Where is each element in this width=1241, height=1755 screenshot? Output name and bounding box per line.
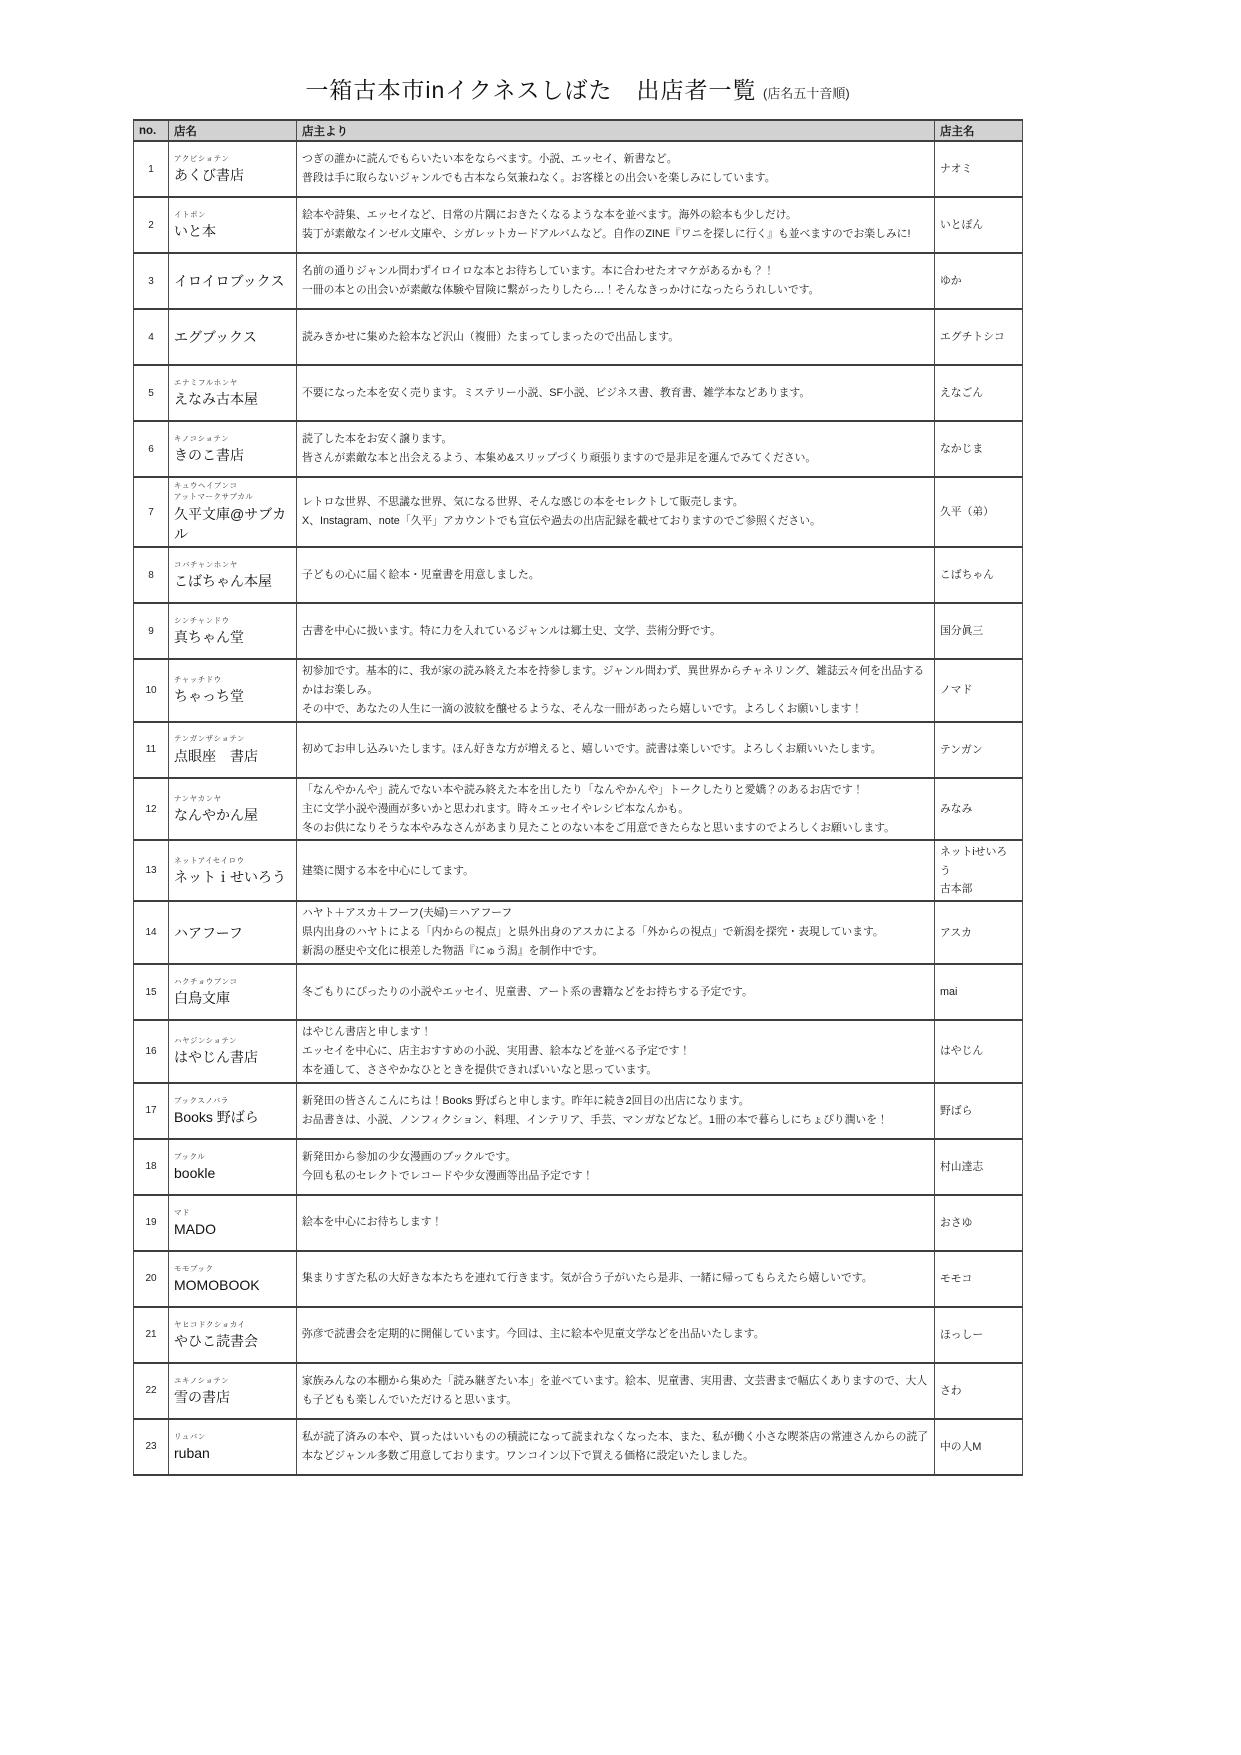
shop-name-cell: ハクチョウブンコ 白鳥文庫	[169, 964, 297, 1020]
table-row: 19 マド MADO 絵本を中心にお待ちします！ おさゆ	[134, 1195, 1023, 1251]
shop-name: 白鳥文庫	[174, 988, 291, 1008]
owner-name: 村山達志	[935, 1139, 1023, 1195]
owner-comment: 古書を中心に扱います。特に力を入れているジャンルは郷土史、文学、芸術分野です。	[297, 603, 935, 659]
shop-name-cell: エナミフルホンヤ えなみ古本屋	[169, 365, 297, 421]
owner-name: おさゆ	[935, 1195, 1023, 1251]
table-row: 17 ブックスノバラ Books 野ばら 新発田の皆さんこんにちは！Books …	[134, 1083, 1023, 1139]
shop-name-cell: ネットアイセイロウ ネットｉせいろう	[169, 840, 297, 901]
row-number: 14	[134, 901, 169, 964]
owner-comment: 読みきかせに集めた絵本など沢山（複冊）たまってしまったので出品します。	[297, 309, 935, 365]
row-number: 15	[134, 964, 169, 1020]
owner-comment: 弥彦で読書会を定期的に開催しています。今回は、主に絵本や児童文学などを出品いたし…	[297, 1307, 935, 1363]
page-title: 一箱古本市inイクネスしばた 出店者一覧 (店名五十音順)	[133, 0, 1022, 105]
owner-comment: 名前の通りジャンル問わずイロイロな本とお待ちしています。本に合わせたオマケがある…	[297, 253, 935, 309]
owner-name: 野ばら	[935, 1083, 1023, 1139]
owner-name: ネットiせいろう古本部	[935, 840, 1023, 901]
shop-name-kana: テンガンザショテン	[174, 733, 291, 744]
owner-name: 久平（弟）	[935, 477, 1023, 547]
table-row: 2 イトポン いと本 絵本や詩集、エッセイなど、日常の片隅におきたくなるような本…	[134, 197, 1023, 253]
table-row: 3 イロイロブックス 名前の通りジャンル問わずイロイロな本とお待ちしています。本…	[134, 253, 1023, 309]
owner-name: mai	[935, 964, 1023, 1020]
shop-name-cell: リュバン ruban	[169, 1419, 297, 1475]
shop-name-cell: キノコショテン きのこ書店	[169, 421, 297, 477]
owner-comment: ハヤト＋アスカ＋フーフ(夫婦)＝ハアフーフ県内出身のハヤトによる「内からの視点」…	[297, 901, 935, 964]
row-number: 23	[134, 1419, 169, 1475]
owner-comment: はやじん書店と申します！エッセイを中心に、店主おすすめの小説、実用書、絵本などを…	[297, 1020, 935, 1083]
shop-name-kana: ハクチョウブンコ	[174, 976, 291, 987]
owner-name: いとぽん	[935, 197, 1023, 253]
owner-comment: 新発田から参加の少女漫画のブックルです。今回も私のセレクトでレコードや少女漫画等…	[297, 1139, 935, 1195]
table-row: 7 キュウヘイブンコアットマークサブカル 久平文庫@サブカル レトロな世界、不思…	[134, 477, 1023, 547]
shop-name-kana: モモブック	[174, 1263, 291, 1274]
owner-comment: 絵本を中心にお待ちします！	[297, 1195, 935, 1251]
shop-name-kana: リュバン	[174, 1431, 291, 1442]
shop-name: ruban	[174, 1443, 291, 1463]
shop-name-cell: イロイロブックス	[169, 253, 297, 309]
shop-name: 点眼座 書店	[174, 746, 291, 766]
table-row: 6 キノコショテン きのこ書店 読了した本をお安く譲ります。皆さんが素敵な本と出…	[134, 421, 1023, 477]
shop-name-kana: マド	[174, 1207, 291, 1218]
shop-name-kana: キュウヘイブンコアットマークサブカル	[174, 480, 291, 503]
row-number: 13	[134, 840, 169, 901]
document-page: 一箱古本市inイクネスしばた 出店者一覧 (店名五十音順) no. 店名 店主よ…	[0, 0, 1241, 1755]
owner-comment: 不要になった本を安く売ります。ミステリー小説、SF小説、ビジネス書、教育書、雑学…	[297, 365, 935, 421]
shop-name: Books 野ばら	[174, 1107, 291, 1127]
row-number: 11	[134, 722, 169, 778]
table-row: 23 リュバン ruban 私が読了済みの本や、買ったはいいものの積読になって読…	[134, 1419, 1023, 1475]
owner-comment: 家族みんなの本棚から集めた「読み継ぎたい本」を並べています。絵本、児童書、実用書…	[297, 1363, 935, 1419]
owner-comment: 読了した本をお安く譲ります。皆さんが素敵な本と出会えるよう、本集め&スリップづく…	[297, 421, 935, 477]
owner-name: はやじん	[935, 1020, 1023, 1083]
shop-name-kana: ハヤジンショテン	[174, 1035, 291, 1046]
shop-name-cell: アクビショテン あくび書店	[169, 141, 297, 197]
shop-name: ハアフーフ	[174, 923, 291, 943]
page-title-suffix: (店名五十音順)	[763, 86, 850, 101]
owner-name: エグチトシコ	[935, 309, 1023, 365]
table-row: 18 ブックル bookle 新発田から参加の少女漫画のブックルです。今回も私の…	[134, 1139, 1023, 1195]
shop-name-kana: ヤヒコドクショカイ	[174, 1319, 291, 1330]
shop-name-kana: エナミフルホンヤ	[174, 377, 291, 388]
shop-name-cell: コバチャンホンヤ こばちゃん本屋	[169, 547, 297, 603]
shop-name-cell: ブックル bookle	[169, 1139, 297, 1195]
table-row: 11 テンガンザショテン 点眼座 書店 初めてお申し込みいたします。ほん好きな方…	[134, 722, 1023, 778]
table-row: 22 ユキノショテン 雪の書店 家族みんなの本棚から集めた「読み継ぎたい本」を並…	[134, 1363, 1023, 1419]
vendor-table: no. 店名 店主より 店主名 1 アクビショテン あくび書店 つぎの誰かに読ん…	[133, 119, 1023, 1476]
table-row: 4 エグブックス 読みきかせに集めた絵本など沢山（複冊）たまってしまったので出品…	[134, 309, 1023, 365]
shop-name: ネットｉせいろう	[174, 867, 291, 887]
shop-name-kana: ユキノショテン	[174, 1375, 291, 1386]
shop-name-cell: モモブック MOMOBOOK	[169, 1251, 297, 1307]
shop-name-kana: アクビショテン	[174, 153, 291, 164]
owner-comment: 集まりすぎた私の大好きな本たちを連れて行きます。気が合う子がいたら是非、一緒に帰…	[297, 1251, 935, 1307]
header-owner-comment: 店主より	[297, 120, 935, 141]
table-row: 13 ネットアイセイロウ ネットｉせいろう 建築に関する本を中心にしてます。 ネ…	[134, 840, 1023, 901]
header-row: no. 店名 店主より 店主名	[134, 120, 1023, 141]
owner-comment: 絵本や詩集、エッセイなど、日常の片隅におきたくなるような本を並べます。海外の絵本…	[297, 197, 935, 253]
row-number: 9	[134, 603, 169, 659]
shop-name-cell: シンチャンドウ 真ちゃん堂	[169, 603, 297, 659]
shop-name: いと本	[174, 221, 291, 241]
owner-comment: つぎの誰かに読んでもらいたい本をならべます。小説、エッセイ、新書など。普段は手に…	[297, 141, 935, 197]
header-owner-name: 店主名	[935, 120, 1023, 141]
table-row: 15 ハクチョウブンコ 白鳥文庫 冬ごもりにぴったりの小説やエッセイ、児童書、ア…	[134, 964, 1023, 1020]
row-number: 22	[134, 1363, 169, 1419]
row-number: 3	[134, 253, 169, 309]
shop-name-cell: キュウヘイブンコアットマークサブカル 久平文庫@サブカル	[169, 477, 297, 547]
owner-comment: 私が読了済みの本や、買ったはいいものの積読になって読まれなくなった本、また、私が…	[297, 1419, 935, 1475]
owner-comment: 子どもの心に届く絵本・児童書を用意しました。	[297, 547, 935, 603]
shop-name-cell: エグブックス	[169, 309, 297, 365]
shop-name-cell: マド MADO	[169, 1195, 297, 1251]
owner-comment: 建築に関する本を中心にしてます。	[297, 840, 935, 901]
shop-name-kana: キノコショテン	[174, 433, 291, 444]
shop-name-cell: ハアフーフ	[169, 901, 297, 964]
row-number: 16	[134, 1020, 169, 1083]
owner-comment: 「なんやかんや」読んでない本や読み終えた本を出したり「なんやかんや」トークしたり…	[297, 778, 935, 841]
owner-name: テンガン	[935, 722, 1023, 778]
owner-name: なかじま	[935, 421, 1023, 477]
table-row: 14 ハアフーフ ハヤト＋アスカ＋フーフ(夫婦)＝ハアフーフ県内出身のハヤトによ…	[134, 901, 1023, 964]
row-number: 20	[134, 1251, 169, 1307]
owner-name: こばちゃん	[935, 547, 1023, 603]
shop-name-kana: ブックル	[174, 1151, 291, 1162]
table-row: 1 アクビショテン あくび書店 つぎの誰かに読んでもらいたい本をならべます。小説…	[134, 141, 1023, 197]
shop-name-kana: イトポン	[174, 209, 291, 220]
owner-name: みなみ	[935, 778, 1023, 841]
row-number: 6	[134, 421, 169, 477]
shop-name-kana: ブックスノバラ	[174, 1095, 291, 1106]
shop-name-cell: ユキノショテン 雪の書店	[169, 1363, 297, 1419]
shop-name: はやじん書店	[174, 1047, 291, 1067]
row-number: 1	[134, 141, 169, 197]
shop-name-kana: ナンヤカンヤ	[174, 793, 291, 804]
shop-name-cell: ブックスノバラ Books 野ばら	[169, 1083, 297, 1139]
vendor-table-body: 1 アクビショテン あくび書店 つぎの誰かに読んでもらいたい本をならべます。小説…	[134, 141, 1023, 1475]
row-number: 7	[134, 477, 169, 547]
shop-name: 雪の書店	[174, 1387, 291, 1407]
shop-name: あくび書店	[174, 165, 291, 185]
owner-comment: レトロな世界、不思議な世界、気になる世界、そんな感じの本をセレクトして販売します…	[297, 477, 935, 547]
owner-name: ほっしー	[935, 1307, 1023, 1363]
row-number: 18	[134, 1139, 169, 1195]
row-number: 12	[134, 778, 169, 841]
table-row: 20 モモブック MOMOBOOK 集まりすぎた私の大好きな本たちを連れて行きま…	[134, 1251, 1023, 1307]
table-row: 8 コバチャンホンヤ こばちゃん本屋 子どもの心に届く絵本・児童書を用意しました…	[134, 547, 1023, 603]
table-row: 5 エナミフルホンヤ えなみ古本屋 不要になった本を安く売ります。ミステリー小説…	[134, 365, 1023, 421]
header-shop-name: 店名	[169, 120, 297, 141]
shop-name: 真ちゃん堂	[174, 627, 291, 647]
shop-name-cell: ハヤジンショテン はやじん書店	[169, 1020, 297, 1083]
owner-comment: 新発田の皆さんこんにちは！Books 野ばらと申します。昨年に続き2回目の出店に…	[297, 1083, 935, 1139]
owner-name: さわ	[935, 1363, 1023, 1419]
shop-name-cell: イトポン いと本	[169, 197, 297, 253]
owner-name: 中の人M	[935, 1419, 1023, 1475]
owner-name: えなごん	[935, 365, 1023, 421]
shop-name-cell: テンガンザショテン 点眼座 書店	[169, 722, 297, 778]
row-number: 10	[134, 659, 169, 722]
shop-name: MOMOBOOK	[174, 1275, 291, 1295]
shop-name-kana: シンチャンドウ	[174, 615, 291, 626]
owner-name: モモコ	[935, 1251, 1023, 1307]
shop-name-cell: ナンヤカンヤ なんやかん屋	[169, 778, 297, 841]
shop-name: 久平文庫@サブカル	[174, 504, 291, 545]
table-row: 21 ヤヒコドクショカイ やひこ読書会 弥彦で読書会を定期的に開催しています。今…	[134, 1307, 1023, 1363]
table-row: 16 ハヤジンショテン はやじん書店 はやじん書店と申します！エッセイを中心に、…	[134, 1020, 1023, 1083]
row-number: 4	[134, 309, 169, 365]
shop-name: やひこ読書会	[174, 1331, 291, 1351]
shop-name: MADO	[174, 1219, 291, 1239]
shop-name: なんやかん屋	[174, 805, 291, 825]
shop-name-kana: チャッチドウ	[174, 674, 291, 685]
shop-name: こばちゃん本屋	[174, 571, 291, 591]
owner-name: アスカ	[935, 901, 1023, 964]
table-row: 12 ナンヤカンヤ なんやかん屋 「なんやかんや」読んでない本や読み終えた本を出…	[134, 778, 1023, 841]
shop-name: bookle	[174, 1163, 291, 1183]
shop-name: ちゃっち堂	[174, 686, 291, 706]
table-row: 9 シンチャンドウ 真ちゃん堂 古書を中心に扱います。特に力を入れているジャンル…	[134, 603, 1023, 659]
row-number: 19	[134, 1195, 169, 1251]
vendor-table-header: no. 店名 店主より 店主名	[134, 120, 1023, 141]
row-number: 17	[134, 1083, 169, 1139]
owner-name: ノマド	[935, 659, 1023, 722]
owner-name: ゆか	[935, 253, 1023, 309]
owner-comment: 冬ごもりにぴったりの小説やエッセイ、児童書、アート系の書籍などをお持ちする予定で…	[297, 964, 935, 1020]
shop-name: きのこ書店	[174, 445, 291, 465]
row-number: 8	[134, 547, 169, 603]
owner-name: ナオミ	[935, 141, 1023, 197]
table-row: 10 チャッチドウ ちゃっち堂 初参加です。基本的に、我が家の読み終えた本を持参…	[134, 659, 1023, 722]
row-number: 2	[134, 197, 169, 253]
shop-name-kana: コバチャンホンヤ	[174, 559, 291, 570]
header-no: no.	[134, 120, 169, 141]
row-number: 21	[134, 1307, 169, 1363]
owner-comment: 初めてお申し込みいたします。ほん好きな方が増えると、嬉しいです。読書は楽しいです…	[297, 722, 935, 778]
shop-name-cell: ヤヒコドクショカイ やひこ読書会	[169, 1307, 297, 1363]
owner-comment: 初参加です。基本的に、我が家の読み終えた本を持参します。ジャンル問わず、異世界か…	[297, 659, 935, 722]
shop-name: イロイロブックス	[174, 271, 291, 291]
shop-name: エグブックス	[174, 327, 291, 347]
shop-name-cell: チャッチドウ ちゃっち堂	[169, 659, 297, 722]
row-number: 5	[134, 365, 169, 421]
owner-name: 国分眞三	[935, 603, 1023, 659]
shop-name: えなみ古本屋	[174, 389, 291, 409]
page-title-main: 一箱古本市inイクネスしばた 出店者一覧	[305, 77, 756, 103]
shop-name-kana: ネットアイセイロウ	[174, 855, 291, 866]
